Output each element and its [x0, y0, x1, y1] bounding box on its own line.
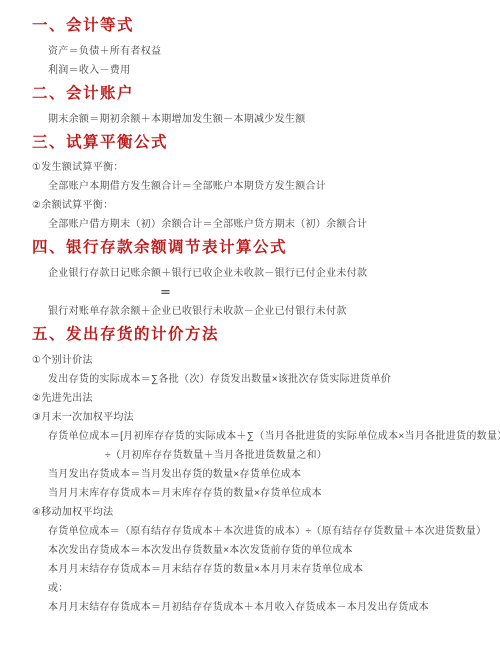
formula-line: ①发生额试算平衡： — [32, 163, 482, 173]
formula-line: ③月末一次加权平均法 — [32, 413, 482, 423]
formula-line: 期末余额＝期初余额＋本期增加发生额－本期减少发生额 — [48, 115, 482, 125]
formula-line: 当月月末库存存货成本＝月末库存存货的数量×存货单位成本 — [48, 489, 482, 499]
section: 二、会计账户期末余额＝期初余额＋本期增加发生额－本期减少发生额 — [32, 85, 482, 125]
formula-line: 或： — [48, 584, 482, 594]
formula-line: ＝ — [160, 288, 482, 298]
formula-line: 全部账户借方期末（初）余额合计＝全部账户贷方期末（初）余额合计 — [48, 220, 482, 230]
section: 五、发出存货的计价方法①个别计价法发出存货的实际成本＝∑各批（次）存货发出数量×… — [32, 326, 482, 613]
section-heading: 五、发出存货的计价方法 — [32, 326, 482, 344]
section: 三、试算平衡公式①发生额试算平衡：全部账户本期借方发生额合计＝全部账户本期贷方发… — [32, 134, 482, 231]
section-heading: 二、会计账户 — [32, 85, 482, 103]
document-page: 一、会计等式资产＝负债＋所有者权益利润＝收入－费用二、会计账户期末余额＝期初余额… — [0, 0, 500, 645]
formula-line: 企业银行存款日记账余额＋银行已收企业未收款－银行已付企业未付款 — [48, 269, 482, 279]
section-heading: 一、会计等式 — [32, 17, 482, 35]
formula-line: 资产＝负债＋所有者权益 — [48, 47, 482, 57]
formula-line: ④移动加权平均法 — [32, 508, 482, 518]
sections-container: 一、会计等式资产＝负债＋所有者权益利润＝收入－费用二、会计账户期末余额＝期初余额… — [32, 17, 482, 613]
section-heading: 三、试算平衡公式 — [32, 134, 482, 152]
formula-line: 发出存货的实际成本＝∑各批（次）存货发出数量×该批次存货实际进货单价 — [48, 375, 482, 385]
formula-line: ②余额试算平衡： — [32, 201, 482, 211]
formula-line: 存货单位成本＝（原有结存存货成本＋本次进货的成本）÷（原有结存存货数量＋本次进货… — [48, 527, 482, 537]
formula-line: 全部账户本期借方发生额合计＝全部账户本期贷方发生额合计 — [48, 182, 482, 192]
section: 一、会计等式资产＝负债＋所有者权益利润＝收入－费用 — [32, 17, 482, 76]
formula-line: 当月发出存货成本＝当月发出存货的数量×存货单位成本 — [48, 470, 482, 480]
formula-line: 本月月末结存存货成本＝月末结存存货的数量×本月月末存货单位成本 — [48, 565, 482, 575]
formula-line: 本次发出存货成本＝本次发出存货数量×本次发货前存货的单位成本 — [48, 546, 482, 556]
formula-line: ①个别计价法 — [32, 356, 482, 366]
section-heading: 四、银行存款余额调节表计算公式 — [32, 239, 482, 257]
formula-line: ②先进先出法 — [32, 394, 482, 404]
formula-line: 银行对账单存款余额＋企业已收银行未收款－企业已付银行未付款 — [48, 307, 482, 317]
formula-line: 存货单位成本＝[月初库存存货的实际成本＋∑（当月各批进货的实际单位成本×当月各批… — [48, 432, 482, 442]
section: 四、银行存款余额调节表计算公式企业银行存款日记账余额＋银行已收企业未收款－银行已… — [32, 239, 482, 317]
formula-line: 利润＝收入－费用 — [48, 66, 482, 76]
formula-line: 本月月末结存存货成本＝月初结存存货成本＋本月收入存货成本－本月发出存货成本 — [48, 603, 482, 613]
formula-line: ÷（月初库存存货数量＋当月各批进货数量之和） — [105, 451, 482, 461]
